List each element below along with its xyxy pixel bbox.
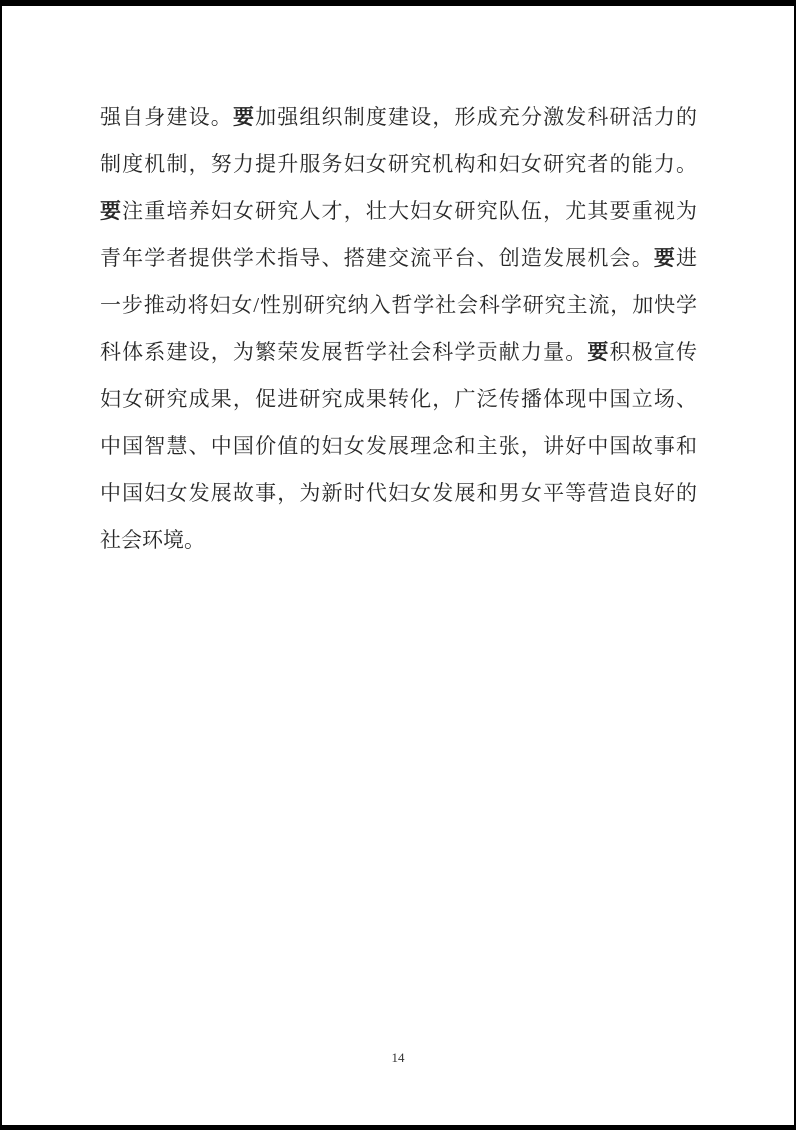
- body-text: 强自身建设。要加强组织制度建设，形成充分激发科研活力的制度机制，努力提升服务妇女…: [100, 94, 697, 564]
- text-segment: 妇女研究成果，促进研究成果转化，广泛传播体现中国立场、: [100, 387, 697, 411]
- text-segment: 强自身建设。: [100, 105, 233, 129]
- text-line: 社会环境。: [100, 517, 697, 564]
- text-line: 中国妇女发展故事，为新时代妇女发展和男女平等营造良好的: [100, 470, 697, 517]
- text-segment: 中国妇女发展故事，为新时代妇女发展和男女平等营造良好的: [100, 481, 697, 505]
- text-segment: 进: [676, 246, 697, 270]
- text-segment: 青年学者提供学术指导、搭建交流平台、创造发展机会。: [100, 246, 654, 270]
- text-segment: 社会环境。: [100, 528, 205, 552]
- text-segment: 注重培养妇女研究人才，壮大妇女研究队伍，尤其要重视为: [122, 199, 697, 223]
- text-segment: 积极宣传: [610, 340, 697, 364]
- document-page: 强自身建设。要加强组织制度建设，形成充分激发科研活力的制度机制，努力提升服务妇女…: [0, 0, 796, 1130]
- text-line: 中国智慧、中国价值的妇女发展理念和主张，讲好中国故事和: [100, 423, 697, 470]
- text-segment: 加强组织制度建设，形成充分激发科研活力的: [255, 105, 697, 129]
- bold-text-segment: 要: [100, 199, 122, 223]
- text-line: 青年学者提供学术指导、搭建交流平台、创造发展机会。要进: [100, 235, 697, 282]
- text-segment: 制度机制，努力提升服务妇女研究机构和妇女研究者的能力。: [100, 152, 697, 176]
- text-segment: 一步推动将妇女/性别研究纳入哲学社会科学研究主流，加快学: [100, 293, 697, 317]
- bold-text-segment: 要: [587, 340, 609, 364]
- text-line: 制度机制，努力提升服务妇女研究机构和妇女研究者的能力。: [100, 141, 697, 188]
- text-line: 要注重培养妇女研究人才，壮大妇女研究队伍，尤其要重视为: [100, 188, 697, 235]
- text-line: 妇女研究成果，促进研究成果转化，广泛传播体现中国立场、: [100, 376, 697, 423]
- text-line: 科体系建设，为繁荣发展哲学社会科学贡献力量。要积极宣传: [100, 329, 697, 376]
- text-segment: 中国智慧、中国价值的妇女发展理念和主张，讲好中国故事和: [100, 434, 697, 458]
- text-line: 一步推动将妇女/性别研究纳入哲学社会科学研究主流，加快学: [100, 282, 697, 329]
- text-segment: 科体系建设，为繁荣发展哲学社会科学贡献力量。: [100, 340, 587, 364]
- bold-text-segment: 要: [654, 246, 676, 270]
- page-number: 14: [2, 1050, 794, 1066]
- bold-text-segment: 要: [233, 105, 255, 129]
- text-line: 强自身建设。要加强组织制度建设，形成充分激发科研活力的: [100, 94, 697, 141]
